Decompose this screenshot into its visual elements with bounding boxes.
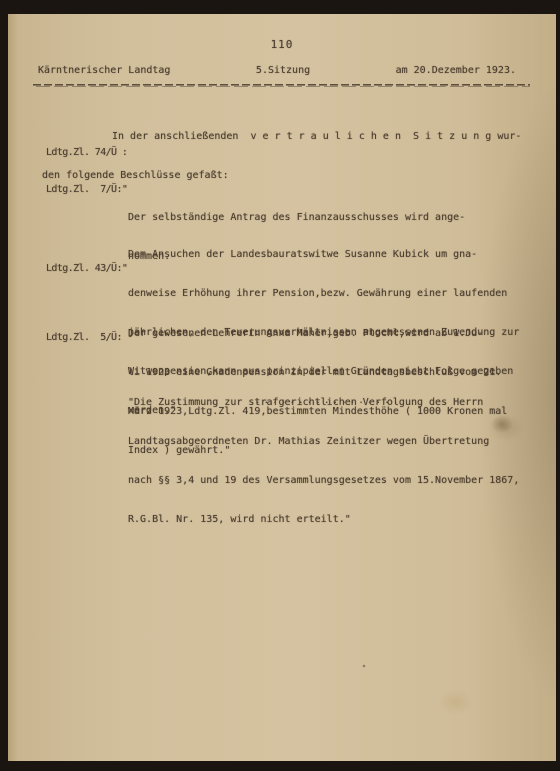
typewritten-content: 110 Kärntnerischer Landtag 5.Sitzung am … — [8, 14, 556, 761]
page-header: Kärntnerischer Landtag 5.Sitzung am 20.D… — [38, 64, 516, 77]
resolution-label: Ldtg.Zl. 7/Ü:" — [46, 183, 127, 196]
resolution-entry-5: Ldtg.Zl. 5/Ü: "Die Zustimmung zur strafg… — [46, 331, 519, 578]
paper-sheet: 110 Kärntnerischer Landtag 5.Sitzung am … — [8, 14, 556, 761]
header-institution: Kärntnerischer Landtag — [38, 64, 170, 77]
resolution-line: R.G.Bl. Nr. 135, wird nicht erteilt." — [128, 513, 519, 526]
header-session: 5.Sitzung — [256, 64, 310, 77]
resolution-line: Landtagsabgeordneten Dr. Mathias Zeinitz… — [128, 435, 519, 448]
intro-line: In der anschließenden v e r t r a u l i … — [42, 130, 521, 143]
scanned-document-page: 110 Kärntnerischer Landtag 5.Sitzung am … — [0, 0, 560, 771]
resolution-label: Ldtg.Zl. 5/Ü: — [46, 331, 122, 344]
page-number: 110 — [8, 38, 556, 51]
resolution-line: Dem Ansuchen der Landesbauratswitwe Susa… — [128, 248, 519, 261]
resolution-line: nach §§ 3,4 und 19 des Versammlungsgeset… — [128, 474, 519, 487]
resolution-label: Ldtg.Zl. 74/Ü : — [46, 146, 127, 159]
end-of-section-dotted-line: ................. — [255, 395, 402, 408]
resolution-label: Ldtg.Zl. 43/Ü:" — [46, 262, 127, 275]
header-divider-dashed-line — [33, 84, 530, 87]
header-date: am 20.Dezember 1923. — [396, 64, 516, 77]
